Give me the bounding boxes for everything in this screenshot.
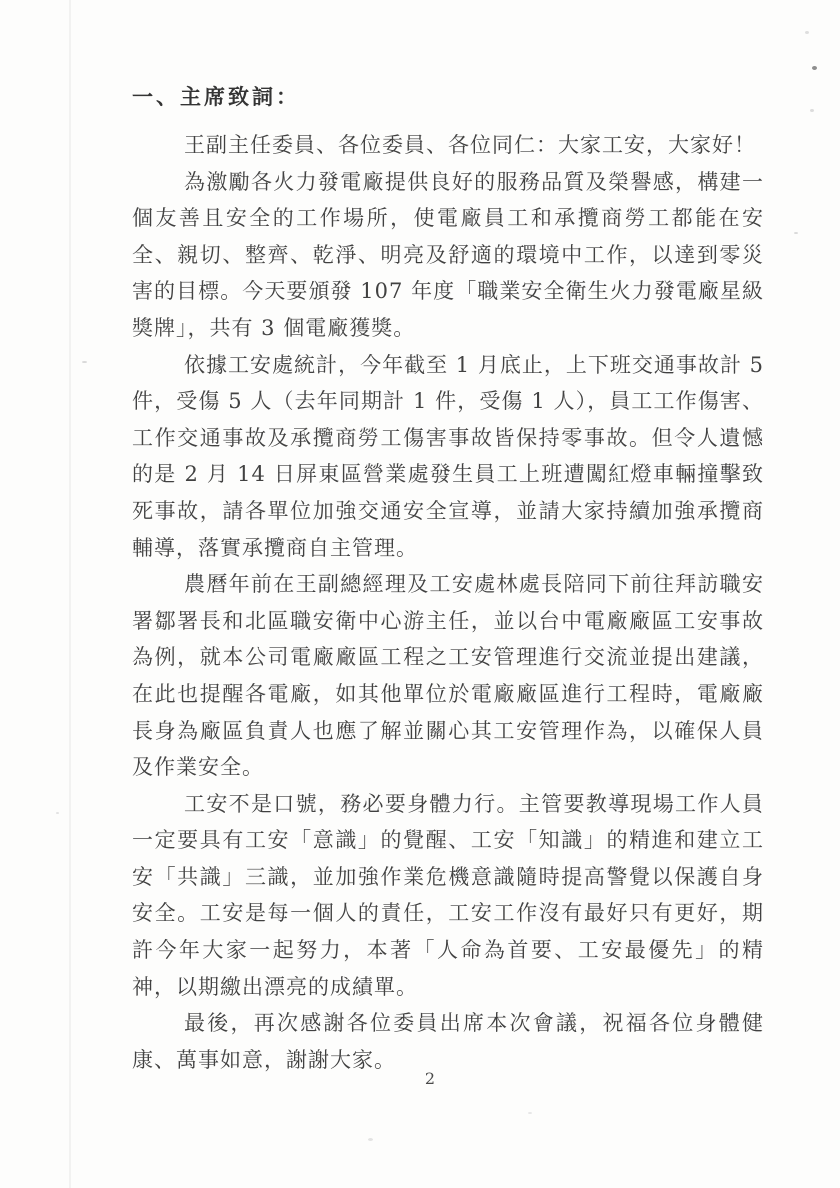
scan-speck [56,812,59,814]
scan-fold-line [69,0,71,1188]
paragraph-safety-awareness: 工安不是口號，務必要身體力行。主管要教導現場工作人員一定要具有工安「意識」的覺醒… [132,786,764,1006]
paragraph-award-announcement: 為激勵各火力發電廠提供良好的服務品質及榮譽感，構建一個友善且安全的工作場所，使電… [132,164,764,347]
page-number: 2 [418,1068,442,1090]
scan-speck [812,66,817,70]
scan-speck [805,31,809,34]
paragraph-accident-statistics: 依據工安處統計，今年截至 1 月底止，上下班交通事故計 5 件，受傷 5 人（去… [132,347,764,567]
scanned-document-page: 一、主席致詞： 王副主任委員、各位委員、各位同仁：大家工安，大家好！ 為激勵各火… [0,0,840,1188]
scan-speck [528,1112,532,1114]
scan-speck [794,232,798,234]
document-body: 一、主席致詞： 王副主任委員、各位委員、各位同仁：大家工安，大家好！ 為激勵各火… [132,79,764,1078]
paragraph-agency-visit: 農曆年前在王副總經理及工安處林處長陪同下前往拜訪職安署鄒署長和北區職安衛中心游主… [132,566,764,786]
paragraph-closing-thanks: 最後，再次感謝各位委員出席本次會議，祝福各位身體健康、萬事如意，謝謝大家。 [132,1005,764,1078]
scan-speck [368,1138,373,1141]
scan-speck [82,361,87,363]
scan-speck [810,109,814,112]
section-heading: 一、主席致詞： [132,79,764,115]
paragraph-greeting: 王副主任委員、各位委員、各位同仁：大家工安，大家好！ [132,127,764,164]
